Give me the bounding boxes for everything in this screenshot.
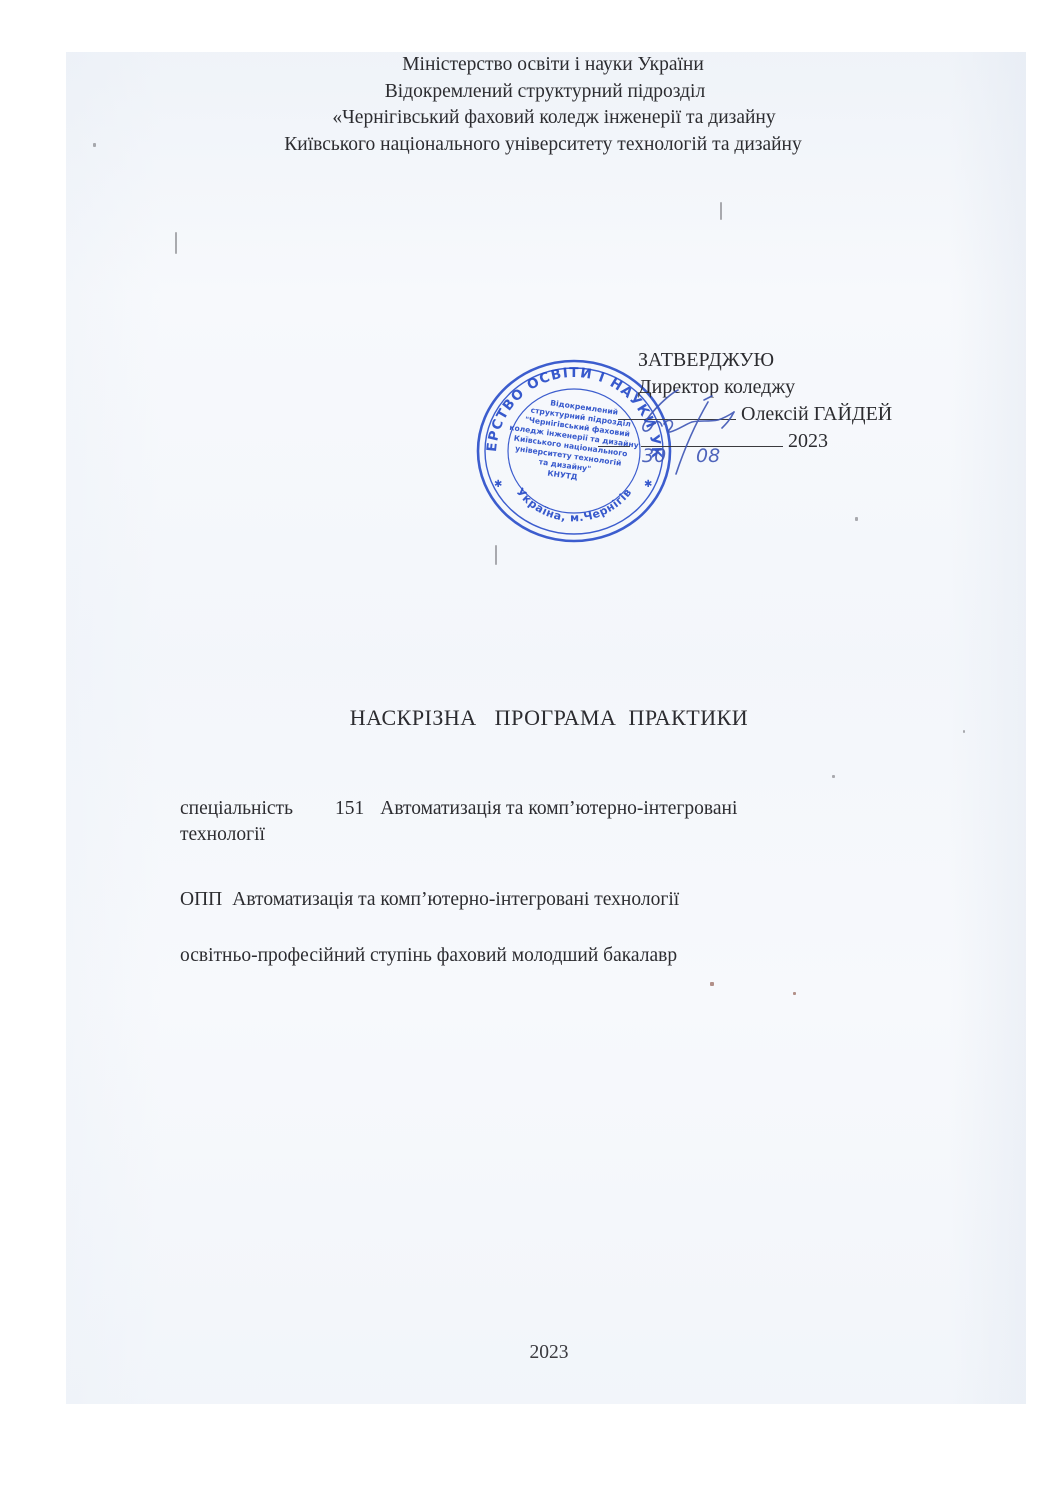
- handwritten-signature-icon: 30 08: [630, 380, 750, 480]
- specialty-name-continued: технології: [180, 822, 737, 848]
- svg-text:Україна, м.Чернігів: Україна, м.Чернігів: [514, 486, 635, 525]
- opp-block: ОППАвтоматизація та комп’ютерно-інтегров…: [180, 887, 679, 913]
- document-title: НАСКРІЗНА ПРОГРАМА ПРАКТИКИ: [0, 705, 1058, 731]
- stamp-outer-bottom-text: Україна, м.Чернігів: [514, 486, 635, 525]
- approval-year: 2023: [788, 430, 828, 452]
- scan-speck: [793, 992, 796, 995]
- approve-label: ЗАТВЕРДЖУЮ: [638, 347, 892, 374]
- specialty-block: спеціальність151Автоматизація та комп’ют…: [180, 796, 737, 848]
- institution-header: Міністерство освіти і науки України Відо…: [0, 52, 1058, 158]
- stamp-star-right: ✱: [644, 479, 652, 490]
- specialty-code: 151: [335, 798, 364, 819]
- stamp-star-left: ✱: [494, 479, 502, 490]
- scan-speck: [832, 775, 835, 778]
- date-day-line: [598, 428, 630, 447]
- document-title-text: НАСКРІЗНА ПРОГРАМА ПРАКТИКИ: [350, 705, 748, 730]
- document-year-block: 2023: [0, 1342, 1058, 1364]
- document-year: 2023: [530, 1342, 569, 1363]
- specialty-name: Автоматизація та комп’ютерно-інтегровані: [380, 798, 737, 819]
- scan-speck: [855, 517, 858, 521]
- opp-label: ОПП: [180, 889, 222, 910]
- ministry-name: Міністерство освіти і науки України: [48, 52, 1058, 79]
- college-name: «Чернігівський фаховий коледж інженерії …: [50, 105, 1058, 132]
- university-name: Київського національного університету те…: [28, 132, 1058, 159]
- scan-speck: [175, 232, 177, 254]
- handwritten-day: 30: [642, 445, 666, 467]
- scan-speck: [710, 982, 714, 986]
- opp-name: Автоматизація та комп’ютерно-інтегровані…: [232, 889, 679, 910]
- scan-speck: [495, 545, 497, 565]
- handwritten-month: 08: [696, 445, 720, 467]
- director-name: Олексій ГАЙДЕЙ: [741, 403, 892, 425]
- division-name: Відокремлений структурний підрозділ: [32, 79, 1058, 106]
- specialty-label: спеціальність: [180, 798, 293, 819]
- scan-speck: [720, 202, 722, 220]
- degree-line: освітньо-професійний ступінь фаховий мол…: [180, 943, 677, 969]
